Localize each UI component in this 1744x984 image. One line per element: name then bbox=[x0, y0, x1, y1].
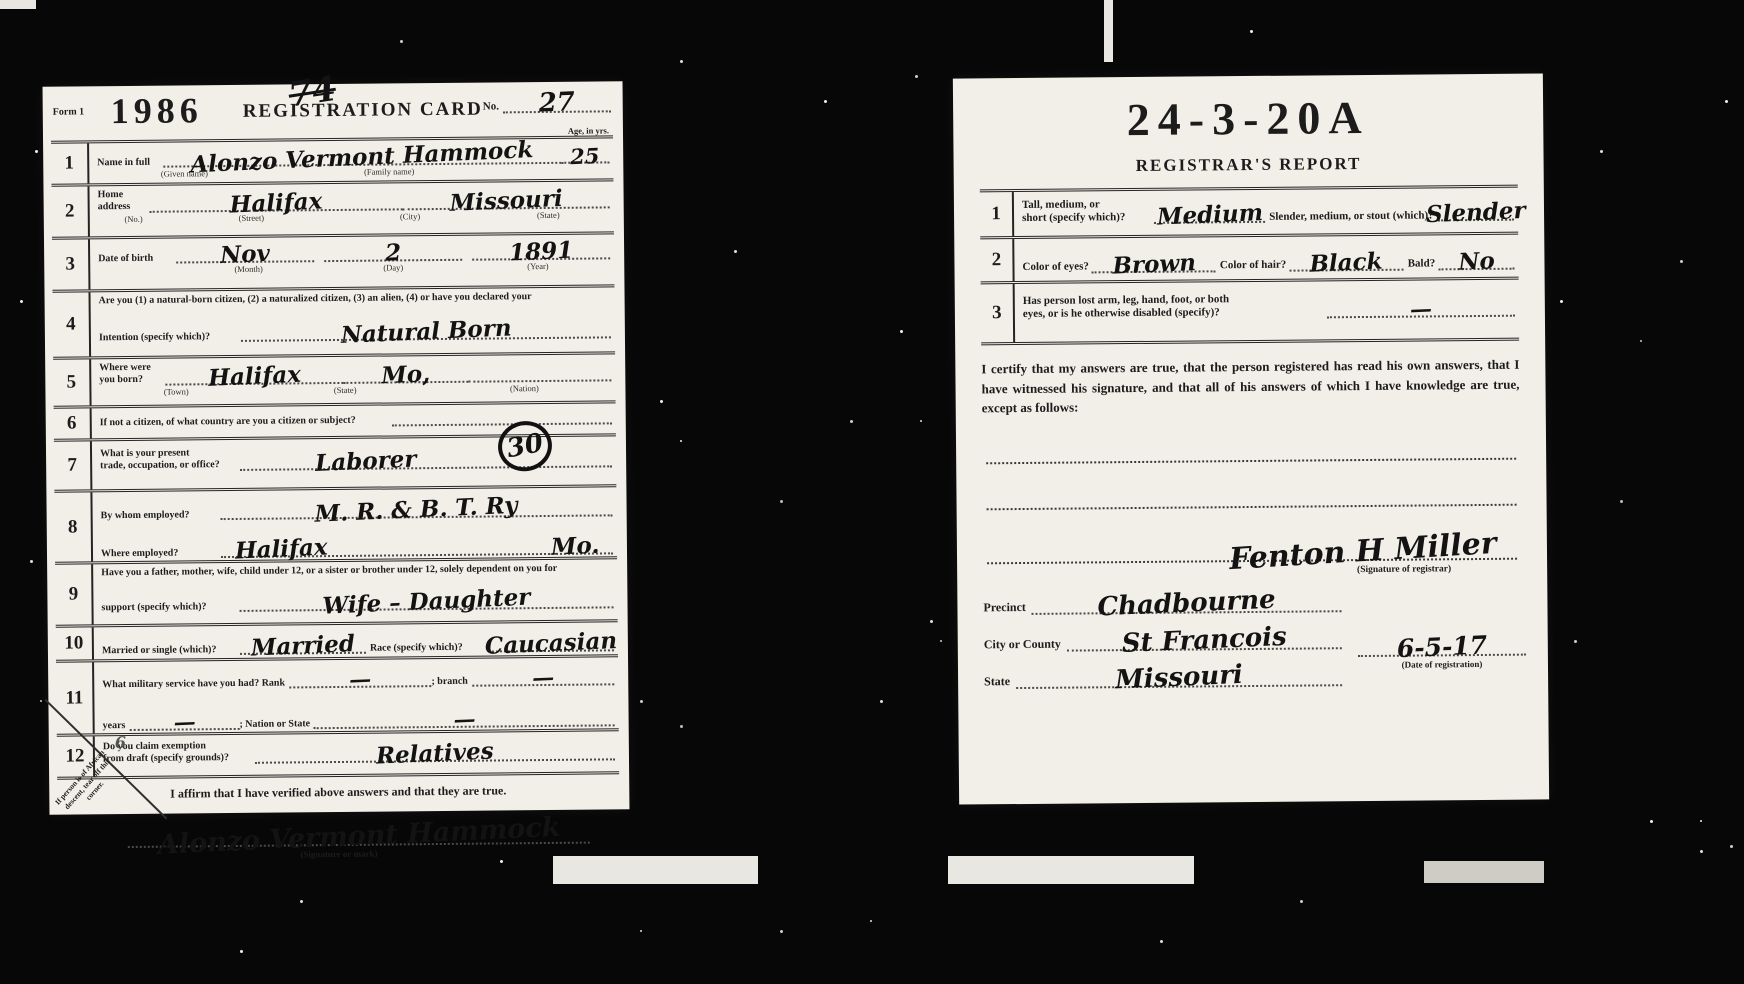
card-number-block: No. 27 bbox=[483, 87, 611, 113]
by-whom-employed-label: By whom employed? bbox=[101, 509, 221, 522]
scan-fragment bbox=[1424, 861, 1544, 883]
address-state-line: Missouri bbox=[403, 186, 610, 210]
married-line: Married bbox=[240, 632, 366, 655]
dob-label: Date of birth bbox=[98, 252, 176, 264]
dob-month-value: Nov bbox=[220, 240, 271, 269]
address-city-line: Halifax bbox=[150, 188, 403, 212]
name-label: Name in full bbox=[97, 156, 163, 168]
where-employed-state-value: Mo. bbox=[550, 532, 600, 561]
margin-mark: 6 bbox=[115, 733, 126, 752]
build-value: Slender bbox=[1426, 197, 1527, 228]
dob-day-line: 2 bbox=[324, 239, 462, 262]
intention-label: Intention (specify which)? bbox=[99, 330, 241, 343]
height-line: Medium bbox=[1154, 201, 1265, 224]
row-home-address: 2 Home address Halifax Missouri (No.) (S… bbox=[51, 178, 613, 236]
exemption-value: Relatives bbox=[376, 737, 495, 769]
scan-fragment bbox=[1104, 0, 1113, 62]
state-value: Missouri bbox=[1115, 659, 1244, 695]
age-line: 25 bbox=[561, 143, 609, 163]
certification-text: I certify that my answers are true, that… bbox=[981, 355, 1519, 418]
born-town-line: Halifax bbox=[165, 362, 344, 386]
occupation-value: Laborer bbox=[315, 445, 417, 476]
row-name: 1 Name in full Alonzo Vermont Hammock 25… bbox=[51, 135, 613, 183]
where-employed-label: Where employed? bbox=[101, 547, 221, 560]
row-number: 1 bbox=[980, 192, 1012, 236]
precinct-label: Precinct bbox=[983, 601, 1026, 615]
registrar-signature-line: Fenton H Miller bbox=[987, 505, 1517, 564]
bald-label: Bald? bbox=[1408, 258, 1436, 271]
registration-location-block: Precinct Chadbourne City or County St Fr… bbox=[983, 585, 1522, 689]
height-value: Medium bbox=[1156, 199, 1263, 231]
branch-line: — bbox=[472, 664, 615, 686]
serial-handwritten: 74 bbox=[286, 69, 339, 116]
registrant-signature-line: Alonzo Vermont Hammock bbox=[127, 800, 589, 848]
years-label: years bbox=[103, 720, 126, 732]
occupation-label: What is your present trade, occupation, … bbox=[100, 447, 236, 472]
exemption-line: Relatives bbox=[255, 738, 615, 763]
born-town-value: Halifax bbox=[208, 361, 302, 392]
hair-line: Black bbox=[1289, 249, 1404, 272]
stamp-1986: 1986 bbox=[111, 89, 203, 132]
row-dependents: 9 Have you a father, mother, wife, child… bbox=[55, 556, 618, 624]
row-number: 10 bbox=[56, 627, 92, 659]
registrars-report-card: 24-3-20A REGISTRAR'S REPORT 1 Tall, medi… bbox=[953, 73, 1549, 804]
dependents-value: Wife – Daughter bbox=[322, 584, 531, 620]
rank-line: — bbox=[289, 666, 432, 688]
height-label: Tall, medium, or short (specify which)? bbox=[1022, 198, 1150, 225]
row-number: 5 bbox=[53, 359, 89, 405]
born-state-line: Mo, bbox=[344, 361, 469, 384]
dob-year-line: 1891 bbox=[472, 237, 610, 260]
date-value: 6-5-17 bbox=[1396, 630, 1488, 663]
age-value: 25 bbox=[570, 143, 600, 169]
where-born-label: Where were you born? bbox=[99, 362, 161, 387]
state-line: Missouri bbox=[1016, 661, 1342, 689]
no-line: 27 bbox=[503, 87, 611, 113]
card-title: REGISTRATION CARD bbox=[243, 99, 483, 123]
branch-dash: — bbox=[531, 665, 554, 692]
date-of-registration-block: 6-5-17 (Date of registration) bbox=[1358, 631, 1526, 669]
eyes-value: Brown bbox=[1112, 249, 1197, 280]
disability-dash: — bbox=[1409, 296, 1432, 323]
where-employed-value: Halifax bbox=[234, 533, 328, 564]
disability-line: — bbox=[1327, 296, 1515, 319]
race-label: Race (specify which)? bbox=[370, 641, 488, 654]
sub-no: (No.) bbox=[98, 214, 170, 225]
married-single-label: Married or single (which)? bbox=[102, 643, 240, 656]
row-number: 6 bbox=[54, 408, 90, 438]
precinct-line: Chadbourne bbox=[1032, 587, 1342, 615]
age-in-yrs-label: Age, in yrs. bbox=[568, 125, 609, 135]
dob-year-value: 1891 bbox=[509, 237, 574, 267]
blank-line-1 bbox=[986, 427, 1516, 464]
married-value: Married bbox=[250, 630, 355, 662]
city-county-line: St Francois bbox=[1067, 624, 1342, 651]
years-line: — bbox=[129, 709, 239, 731]
nation-dash: — bbox=[453, 706, 476, 733]
row-number: 3 bbox=[52, 239, 88, 289]
military-rank-label: What military service have you had? Rank bbox=[102, 677, 285, 690]
occupation-line: Laborer bbox=[240, 445, 612, 471]
row-exemption: 12 Do you claim exemption from draft (sp… bbox=[57, 728, 619, 779]
nation-state-line: — bbox=[314, 705, 615, 729]
city-county-label: City or County bbox=[984, 637, 1061, 651]
registration-card: Form 1 1986 REGISTRATION CARD 74 No. 27 … bbox=[43, 81, 630, 815]
scan-fragment bbox=[948, 856, 1194, 884]
row-height-build: 1 Tall, medium, or short (specify which)… bbox=[980, 185, 1518, 237]
row-disability: 3 Has person lost arm, leg, hand, foot, … bbox=[981, 277, 1520, 343]
address-state-value: Missouri bbox=[449, 185, 563, 217]
stamp-24-3-20a: 24-3-20A bbox=[979, 90, 1517, 148]
row-number: 8 bbox=[54, 492, 91, 561]
name-line: Alonzo Vermont Hammock bbox=[163, 142, 561, 168]
branch-label: ; branch bbox=[431, 675, 468, 687]
row-number: 4 bbox=[52, 292, 89, 356]
years-dash: — bbox=[173, 709, 196, 736]
born-state-value: Mo, bbox=[381, 360, 431, 389]
disability-label: Has person lost arm, leg, hand, foot, or… bbox=[1023, 292, 1323, 321]
row-occupation: 7 What is your present trade, occupation… bbox=[54, 433, 616, 489]
scan-fragment bbox=[553, 856, 758, 884]
hair-label: Color of hair? bbox=[1220, 259, 1287, 272]
eyes-line: Brown bbox=[1092, 250, 1216, 273]
registration-card-header: Form 1 1986 REGISTRATION CARD 74 No. 27 … bbox=[51, 85, 613, 140]
build-label: Slender, medium, or stout (which)? bbox=[1269, 209, 1434, 223]
sub-nation: (Nation) bbox=[437, 382, 611, 394]
home-address-label: Home address bbox=[98, 189, 146, 213]
registrars-report-title: REGISTRAR'S REPORT bbox=[980, 153, 1518, 178]
scan-fragment bbox=[0, 0, 36, 9]
precinct-value: Chadbourne bbox=[1097, 584, 1276, 622]
city-county-value: St Francois bbox=[1121, 621, 1287, 658]
not-citizen-question: If not a citizen, of what country are yo… bbox=[100, 414, 392, 428]
row-number: 1 bbox=[51, 143, 87, 183]
hair-value: Black bbox=[1309, 248, 1383, 278]
blank-line-2 bbox=[986, 473, 1516, 510]
build-line: Slender bbox=[1437, 199, 1514, 222]
registrars-table: 1 Tall, medium, or short (specify which)… bbox=[980, 185, 1519, 346]
state-label: State bbox=[984, 675, 1010, 689]
citizenship-value: Natural Born bbox=[340, 314, 512, 349]
row-married-race: 10 Married or single (which)? Married Ra… bbox=[56, 619, 618, 659]
row-number: 2 bbox=[980, 239, 1012, 281]
rank-dash: — bbox=[349, 666, 372, 693]
citizenship-question: Are you (1) a natural-born citizen, (2) … bbox=[99, 290, 611, 307]
dob-day-value: 2 bbox=[385, 239, 402, 267]
form-number-label: Form 1 bbox=[53, 106, 84, 117]
row-employer: 8 By whom employed? M. R. & B. T. Ry Whe… bbox=[54, 484, 617, 561]
employer-line: M. R. & B. T. Ry bbox=[220, 494, 612, 520]
dependents-question: Have you a father, mother, wife, child u… bbox=[101, 562, 613, 579]
row-where-born: 5 Where were you born? Halifax Mo, (Town… bbox=[53, 351, 615, 405]
row-number: 7 bbox=[54, 441, 90, 489]
row-eyes-hair: 2 Color of eyes? Brown Color of hair? Bl… bbox=[980, 232, 1518, 282]
row-date-of-birth: 3 Date of birth Nov 2 1891 (Month) (Day)… bbox=[52, 231, 614, 289]
row-military-service: 11 What military service have you had? R… bbox=[56, 654, 619, 733]
bald-value: No bbox=[1458, 247, 1496, 276]
no-value: 27 bbox=[538, 87, 575, 119]
no-label: No. bbox=[483, 101, 499, 114]
employer-value: M. R. & B. T. Ry bbox=[315, 492, 519, 528]
dependents-line: Wife – Daughter bbox=[239, 586, 613, 612]
support-label: support (specify which)? bbox=[101, 600, 239, 613]
race-line: Caucasian bbox=[488, 629, 614, 652]
dob-month-line: Nov bbox=[176, 240, 314, 263]
bald-line: No bbox=[1438, 248, 1514, 271]
row-number: 3 bbox=[981, 284, 1014, 342]
row-number: 11 bbox=[56, 662, 93, 733]
row-number: 9 bbox=[55, 564, 92, 624]
eyes-label: Color of eyes? bbox=[1022, 261, 1089, 274]
nation-state-label: ; Nation or State bbox=[239, 718, 310, 730]
address-city-value: Halifax bbox=[229, 188, 323, 219]
row-citizenship: 4 Are you (1) a natural-born citizen, (2… bbox=[52, 284, 615, 356]
citizenship-line: Natural Born bbox=[241, 316, 611, 342]
scan-noise-dots bbox=[20, 300, 23, 303]
where-employed-line: Halifax Mo. bbox=[221, 532, 613, 558]
not-citizen-line bbox=[392, 422, 612, 426]
row-number: 2 bbox=[51, 186, 87, 236]
date-line: 6-5-17 bbox=[1358, 631, 1526, 656]
